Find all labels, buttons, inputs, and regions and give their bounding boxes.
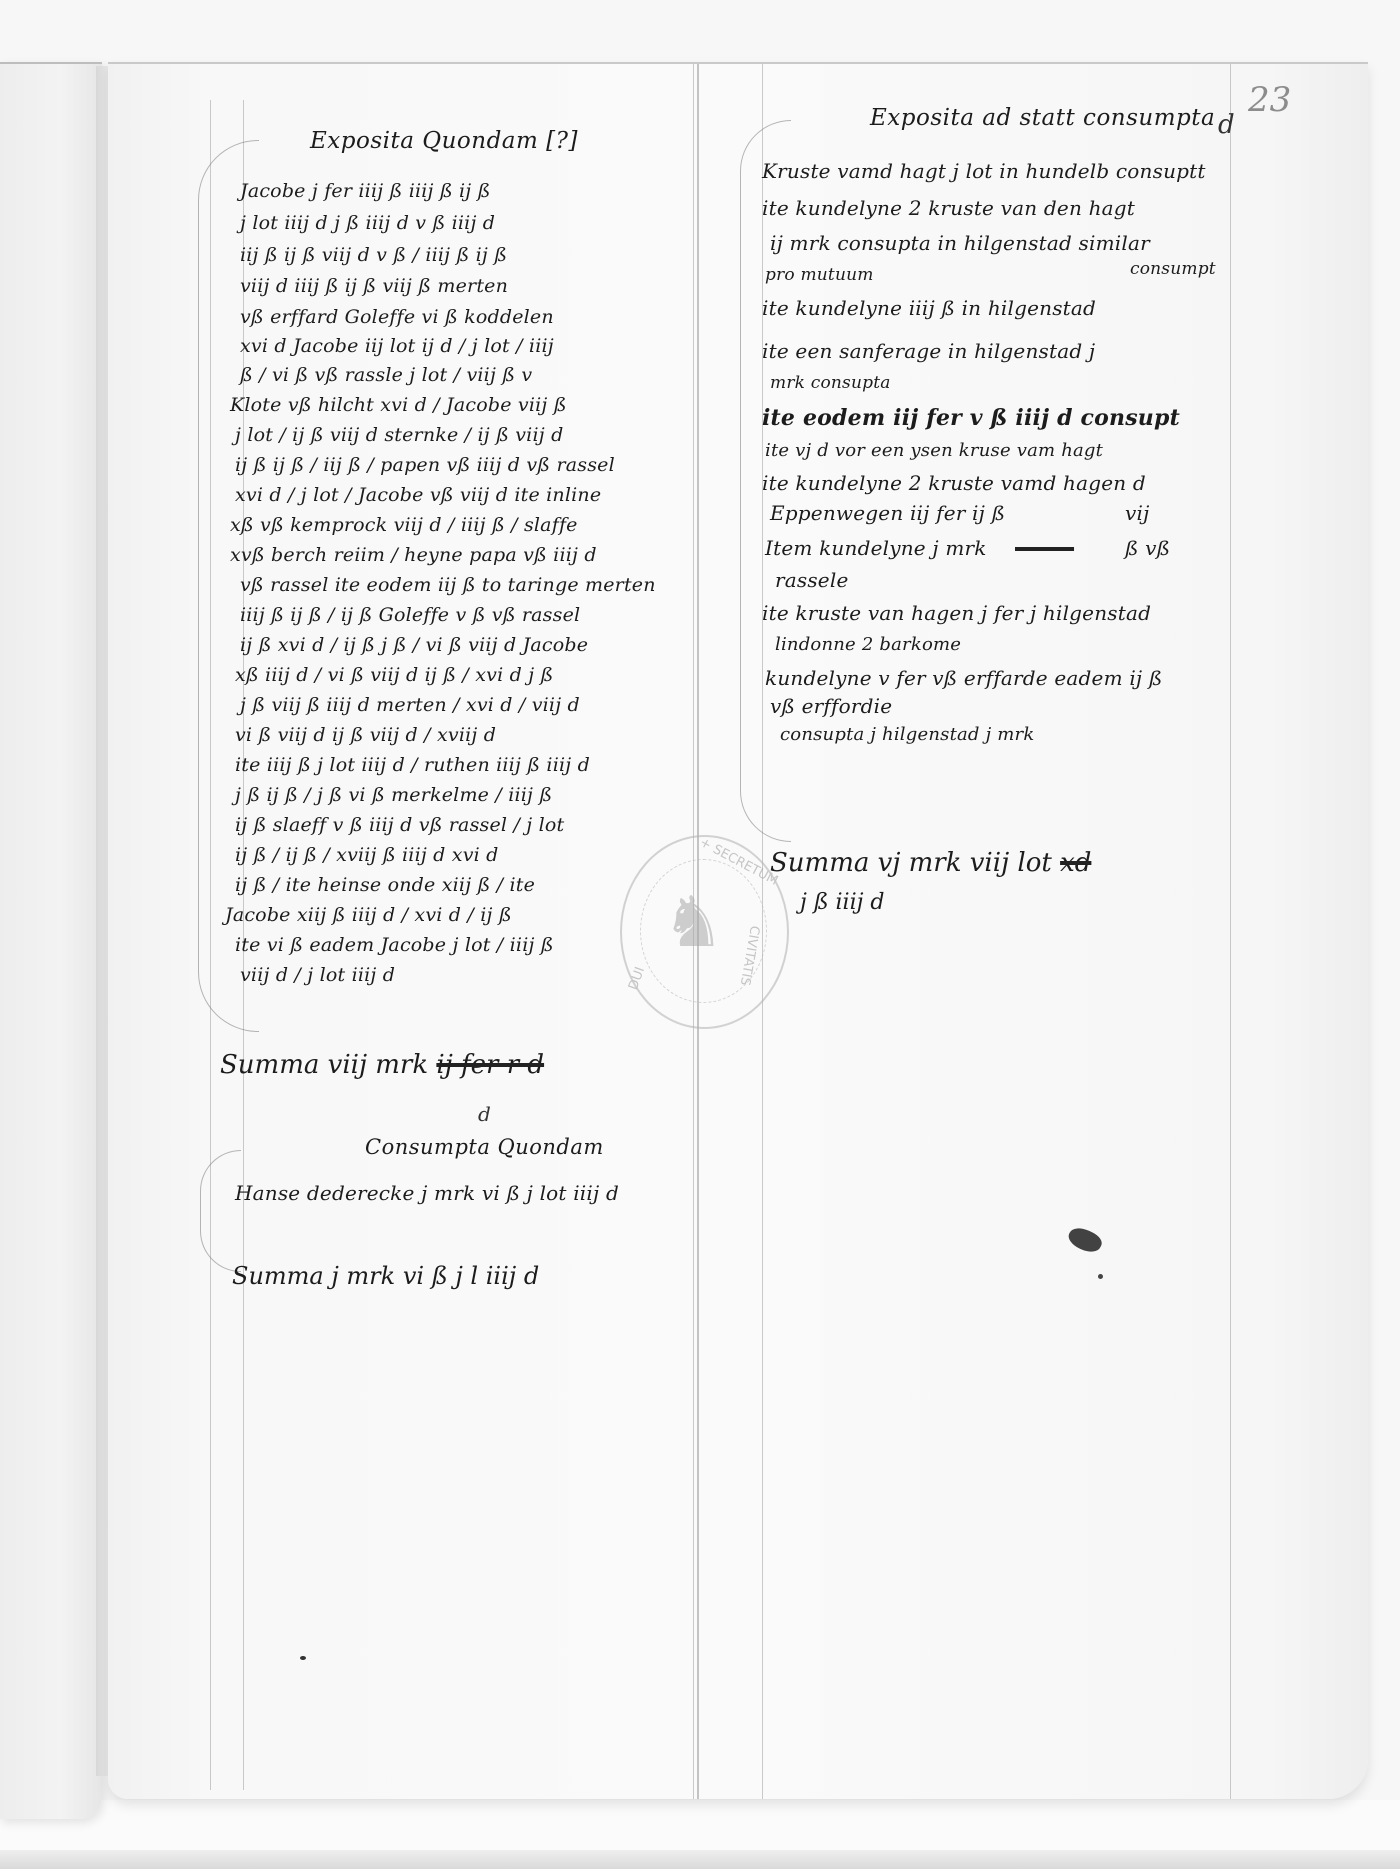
- entry-line: ite eodem iij fer v ß iiij d consupt: [762, 405, 1180, 431]
- right-summa: Summa vj mrk viij lot xd: [770, 848, 1091, 878]
- entry-line: Klote vß hilcht xvi d / Jacobe viij ß: [230, 392, 567, 418]
- entry-line: ite vj d vor een ysen kruse vam hagt: [765, 438, 1103, 464]
- entry-line: vij: [1125, 500, 1150, 526]
- ink-speck: [1098, 1274, 1103, 1279]
- consumpta-entry: Hanse dederecke j mrk vi ß j lot iiij d: [235, 1180, 619, 1206]
- left-summa: Summa viij mrk ij fer r d: [220, 1050, 544, 1080]
- entry-line: viij d / j lot iiij d: [240, 962, 395, 988]
- entry-line: Jacobe xiij ß iiij d / xvi d / ij ß: [225, 902, 512, 928]
- entry-line: vß rassel ite eodem iij ß to taringe mer…: [240, 572, 656, 598]
- entry-line: Jacobe j fer iiij ß iiij ß ij ß: [240, 178, 490, 204]
- entry-line: ß vß: [1125, 535, 1170, 561]
- lion-emblem-icon: ♞: [662, 887, 725, 957]
- entry-line: ite iiij ß j lot iiij d / ruthen iiij ß …: [235, 752, 590, 778]
- entry-line: kundelyne v fer vß erffarde eadem ij ß: [765, 665, 1162, 691]
- right-summa-struck: xd: [1060, 848, 1091, 878]
- entry-line: ij ß / ite heinse onde xiij ß / ite: [235, 872, 535, 898]
- entry-line: lindonne 2 barkome: [775, 632, 961, 658]
- scan-bed-edge: [0, 1850, 1400, 1869]
- entry-line: ij ß xvi d / ij ß j ß / vi ß viij d Jaco…: [240, 632, 588, 658]
- entry-line: [1015, 535, 1074, 561]
- entry-line: ite kundelyne 2 kruste van den hagt: [762, 195, 1135, 221]
- previous-leaf-edge: [0, 62, 102, 1819]
- right-summa-text: Summa vj mrk viij lot: [770, 848, 1052, 878]
- entry-line: Eppenwegen iij fer ij ß: [770, 500, 1005, 526]
- entry-line: j lot / ij ß viij d sternke / ij ß viij …: [235, 422, 563, 448]
- entry-line: ij ß ij ß / iij ß / papen vß iiij d vß r…: [235, 452, 615, 478]
- ink-speck: [300, 1656, 306, 1660]
- entry-line: xß vß kemprock viij d / iiij ß / slaffe: [230, 512, 578, 538]
- entry-line: vß erffordie: [770, 693, 892, 719]
- entry-line: ite vi ß eadem Jacobe j lot / iiij ß: [235, 932, 554, 958]
- left-column-heading: Exposita Quondam [?]: [310, 128, 578, 154]
- left-summa-text: Summa viij mrk: [220, 1050, 428, 1080]
- entry-line: vß erffard Goleffe vi ß koddelen: [240, 304, 554, 330]
- entry-line: ite een sanferage in hilgenstad j: [762, 338, 1095, 364]
- entry-line: ij ß / ij ß / xviij ß iiij d xvi d: [235, 842, 499, 868]
- entry-line: viij d iiij ß ij ß viij ß merten: [240, 273, 508, 299]
- entry-line: ite kundelyne iiij ß in hilgenstad: [762, 295, 1096, 321]
- entry-line: consupta j hilgenstad j mrk: [780, 722, 1034, 748]
- entry-line: j ß ij ß / j ß vi ß merkelme / iiij ß: [235, 782, 552, 808]
- ruling-line-right: [1230, 64, 1231, 1799]
- entry-line: ite kundelyne 2 kruste vamd hagen d: [762, 470, 1146, 496]
- left-summa-struck: ij fer r d: [436, 1050, 544, 1080]
- folio-number: 23: [1248, 80, 1291, 120]
- entry-line: ij ß slaeff v ß iiij d vß rassel / j lot: [235, 812, 564, 838]
- show-through-text: ​: [780, 940, 1220, 1140]
- right-column-heading: Exposita ad statt consumpta: [870, 105, 1215, 131]
- entry-line: iij ß ij ß viij d v ß / iiij ß ij ß: [240, 242, 507, 268]
- entry-line: rassele: [775, 567, 848, 593]
- entry-line: ß / vi ß vß rassle j lot / viij ß v: [240, 362, 532, 388]
- entry-line: ij mrk consupta in hilgenstad similar: [770, 230, 1150, 256]
- consumpta-heading: Consumpta Quondam: [365, 1135, 604, 1159]
- struck-text: [1015, 536, 1074, 560]
- entry-line: Kruste vamd hagt j lot in hundelb consup…: [762, 158, 1206, 184]
- entry-line: xvi d / j lot / Jacobe vß viij d ite inl…: [235, 482, 601, 508]
- right-summa-continued: j ß iiij d: [800, 890, 885, 915]
- entry-line: consumpt: [1130, 256, 1216, 282]
- entry-line: xvi d Jacobe iij lot ij d / j lot / iiij: [240, 333, 554, 359]
- entry-line: Item kundelyne j mrk: [765, 535, 987, 561]
- consumpta-mark: 𝑑: [478, 1102, 491, 1126]
- entry-line: j lot iiij d j ß iiij d v ß iiij d: [240, 210, 495, 236]
- right-margin-mark: d: [1218, 110, 1235, 140]
- consumpta-summa: Summa j mrk vi ß j l iiij d: [232, 1262, 539, 1290]
- entry-line: j ß viij ß iiij d merten / xvi d / viij …: [240, 692, 580, 718]
- entry-line: vi ß viij d ij ß viij d / xviij d: [235, 722, 496, 748]
- entry-line: xß iiij d / vi ß viij d ij ß / xvi d j ß: [235, 662, 553, 688]
- seal-legend-left: DUI: [626, 965, 648, 992]
- entry-line: mrk consupta: [770, 370, 891, 396]
- entry-line: iiij ß ij ß / ij ß Goleffe v ß vß rassel: [240, 602, 580, 628]
- entry-line: xvß berch reiim / heyne papa vß iiij d: [230, 542, 597, 568]
- consumpta-bracket: [200, 1150, 241, 1272]
- city-seal-stamp: + SECRETUM CIVITATIS DUI ♞: [620, 835, 789, 1029]
- entry-line: ite kruste van hagen j fer j hilgenstad: [762, 600, 1151, 626]
- entry-line: pro mutuum: [765, 262, 874, 288]
